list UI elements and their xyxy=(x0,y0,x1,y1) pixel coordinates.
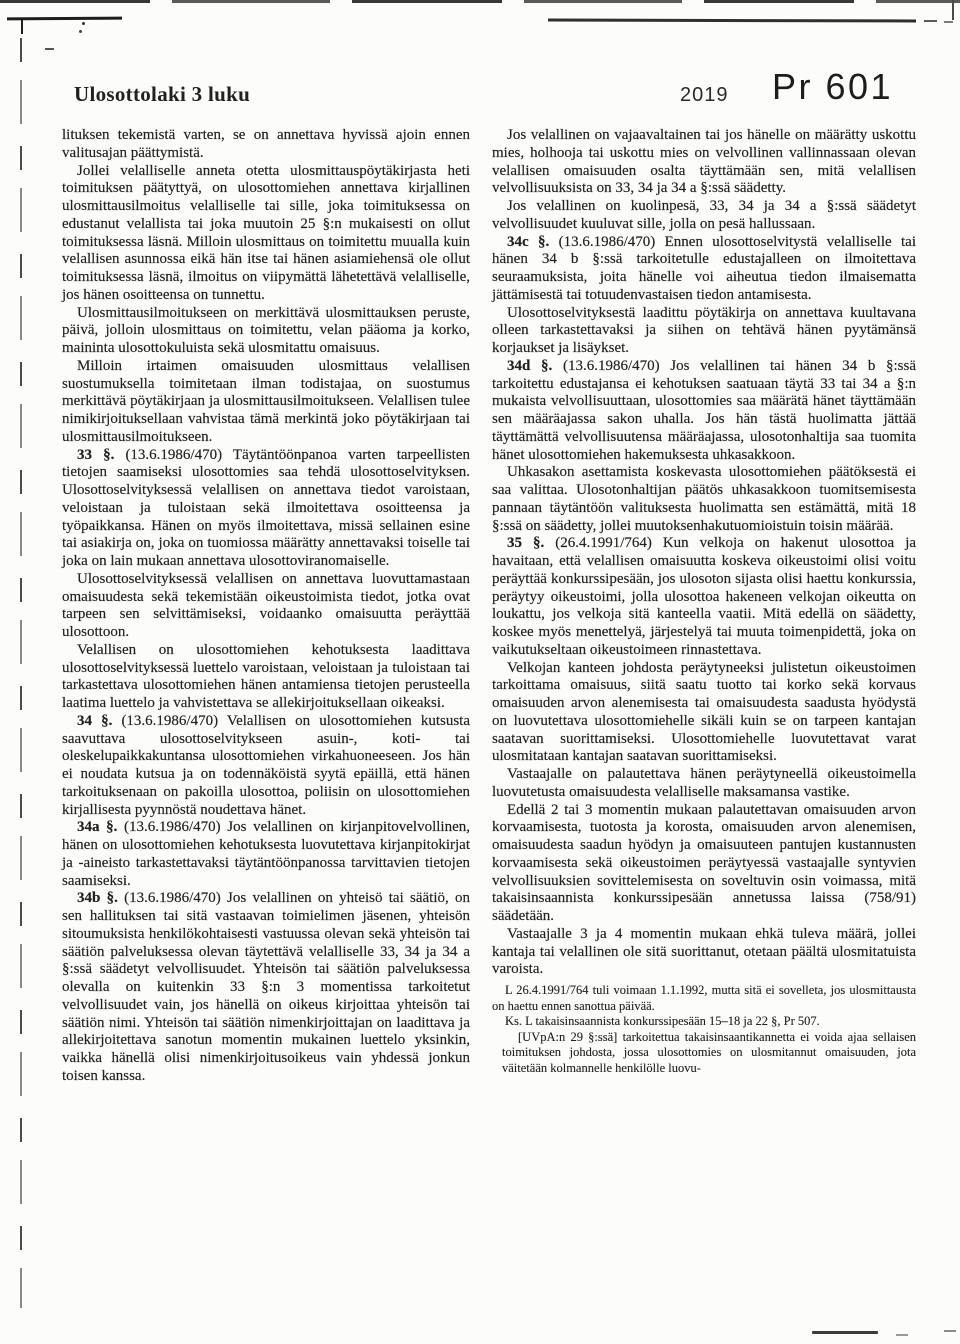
paragraph-text: Milloin irtaimen omaisuuden ulosmittaus … xyxy=(62,358,470,445)
paragraph-text: Vastaajalle on palautettava hänen peräyt… xyxy=(492,766,916,800)
scan-speck xyxy=(896,1334,908,1336)
paragraph: lituksen tekemistä varten, se on annetta… xyxy=(62,127,470,163)
paragraph-text: Ulosmittausilmoitukseen on merkittävä ul… xyxy=(62,305,470,357)
section-number: 34a §. xyxy=(77,819,117,835)
section-number: 34b §. xyxy=(77,890,118,906)
scan-speck xyxy=(79,30,82,33)
paragraph-text: (13.6.1986/470) Velallisen on ulosottomi… xyxy=(62,713,470,818)
paragraph: Velkojan kanteen johdosta peräytyneeksi … xyxy=(492,660,916,767)
paragraph-text: (13.6.1986/470) Ennen ulosottoselvitystä… xyxy=(492,234,916,303)
paragraph-text: Jollei velalliselle anneta otetta ulosmi… xyxy=(62,163,470,303)
paragraph: Velallisen on ulosottomiehen kehotuksest… xyxy=(62,642,470,713)
paragraph: Ulosottoselvityksestä laadittu pöytäkirj… xyxy=(492,305,916,358)
paragraph-text: (13.6.1986/470) Jos velallinen on yhteis… xyxy=(62,890,470,1084)
scanned-page: Ulosottolaki 3 luku 2019 Pr 601 lituksen… xyxy=(0,0,960,1344)
paragraph: Uhkasakon asettamista koskevasta ulosott… xyxy=(492,464,916,535)
scan-mark-top-left xyxy=(7,17,122,21)
paragraph: Jollei velalliselle anneta otetta ulosmi… xyxy=(62,163,470,305)
paragraph: 34d §. (13.6.1986/470) Jos velallinen ta… xyxy=(492,358,916,465)
section-number: 33 §. xyxy=(77,447,114,463)
footnotes: L 26.4.1991/764 tuli voimaan 1.1.1992, m… xyxy=(492,983,916,1076)
paragraph: 33 §. (13.6.1986/470) Täytäntöönpanoa va… xyxy=(62,447,470,571)
paragraph-text: Jos velallinen on vajaavaltainen tai jos… xyxy=(492,127,916,196)
section-number: 34c §. xyxy=(507,234,549,250)
paragraph-text: lituksen tekemistä varten, se on annetta… xyxy=(62,127,470,161)
scan-mark-top-right-rule xyxy=(548,19,916,22)
paragraph: Edellä 2 tai 3 momentin mukaan palautett… xyxy=(492,802,916,926)
paragraph-text: Uhkasakon asettamista koskevasta ulosott… xyxy=(492,464,916,533)
paragraph: Vastaajalle 3 ja 4 momentin mukaan ehkä … xyxy=(492,926,916,979)
chapter-title: Ulosottolaki 3 luku xyxy=(74,82,250,107)
footnote-text: L 26.4.1991/764 tuli voimaan 1.1.1992, m… xyxy=(492,983,916,1013)
paragraph-text: Jos velallinen on kuolinpesä, 33, 34 ja … xyxy=(492,198,916,232)
paragraph: Ulosottoselvityksessä velallisen on anne… xyxy=(62,571,470,642)
paragraph-text: (26.4.1991/764) Kun velkoja on hakenut u… xyxy=(492,535,916,658)
year-label: 2019 xyxy=(680,84,729,107)
right-column: Jos velallinen on vajaavaltainen tai jos… xyxy=(492,127,916,1086)
paragraph: Jos velallinen on kuolinpesä, 33, 34 ja … xyxy=(492,198,916,234)
paragraph: Milloin irtaimen omaisuuden ulosmittaus … xyxy=(62,358,470,447)
scan-mark-right-edge xyxy=(952,0,954,20)
footnote-text: Ks. L takaisinsaannista konkurssipesään … xyxy=(505,1014,820,1028)
paragraph-text: Velkojan kanteen johdosta peräytyneeksi … xyxy=(492,660,916,765)
paragraph-text: Velallisen on ulosottomiehen kehotuksest… xyxy=(62,642,470,711)
paragraph-text: Vastaajalle 3 ja 4 momentin mukaan ehkä … xyxy=(492,926,916,978)
paragraph: 35 §. (26.4.1991/764) Kun velkoja on hak… xyxy=(492,535,916,659)
footnote: [UVpA:n 29 §:ssä] tarkoitettua takaisins… xyxy=(492,1030,916,1077)
scan-speck xyxy=(924,20,937,22)
paragraph: Vastaajalle on palautettava hänen peräyt… xyxy=(492,766,916,802)
scan-speck xyxy=(82,22,85,25)
paragraph: 34 §. (13.6.1986/470) Velallisen on ulos… xyxy=(62,713,470,820)
page-code: Pr 601 xyxy=(772,66,893,108)
scan-mark-left-margin-line xyxy=(20,38,22,1308)
footnote-text: [UVpA:n 29 §:ssä] tarkoitettua takaisins… xyxy=(502,1030,916,1075)
paragraph: 34c §. (13.6.1986/470) Ennen ulosottosel… xyxy=(492,234,916,305)
scan-speck xyxy=(944,21,953,23)
section-number: 34d §. xyxy=(507,358,552,374)
paragraph: 34b §. (13.6.1986/470) Jos velallinen on… xyxy=(62,890,470,1085)
paragraph-text: (13.6.1986/470) Jos velallinen tai hänen… xyxy=(492,358,916,463)
paragraph-text: Ulosottoselvityksessä velallisen on anne… xyxy=(62,571,470,640)
footnote: Ks. L takaisinsaannista konkurssipesään … xyxy=(492,1014,916,1030)
scan-mark-bottom-right-rule xyxy=(812,1331,878,1334)
scan-mark-top-left-tick xyxy=(21,19,23,34)
text-columns: lituksen tekemistä varten, se on annetta… xyxy=(62,127,916,1086)
right-column-paragraphs: Jos velallinen on vajaavaltainen tai jos… xyxy=(492,127,916,979)
paragraph-text: Ulosottoselvityksestä laadittu pöytäkirj… xyxy=(492,305,916,357)
section-number: 34 §. xyxy=(77,713,112,729)
paragraph-text: (13.6.1986/470) Jos velallinen on kirjan… xyxy=(62,819,470,888)
paragraph: Jos velallinen on vajaavaltainen tai jos… xyxy=(492,127,916,198)
scan-speck xyxy=(45,48,54,50)
paragraph-text: (13.6.1986/470) Täytäntöönpanoa varten t… xyxy=(62,447,470,570)
footnote: L 26.4.1991/764 tuli voimaan 1.1.1992, m… xyxy=(492,983,916,1014)
paragraph-text: Edellä 2 tai 3 momentin mukaan palautett… xyxy=(492,802,916,925)
paragraph: 34a §. (13.6.1986/470) Jos velallinen on… xyxy=(62,819,470,890)
scan-speck xyxy=(944,1330,956,1332)
section-number: 35 §. xyxy=(507,535,544,551)
paragraph: Ulosmittausilmoitukseen on merkittävä ul… xyxy=(62,305,470,358)
scan-mark-top-edge xyxy=(0,0,960,4)
left-column: lituksen tekemistä varten, se on annetta… xyxy=(62,127,470,1086)
